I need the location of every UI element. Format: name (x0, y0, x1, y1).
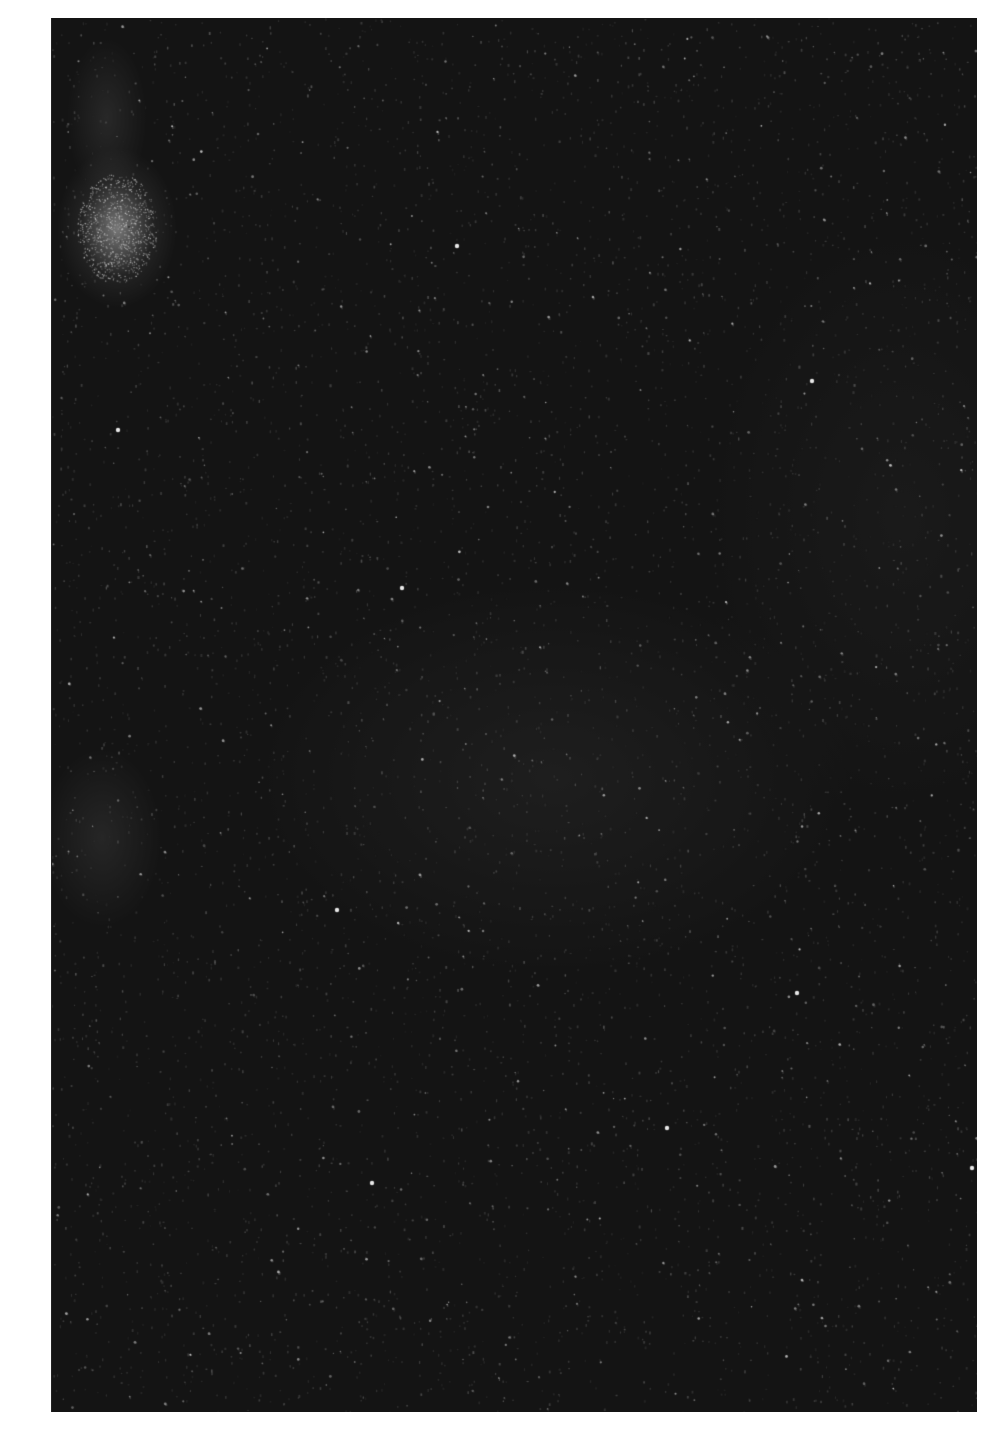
star-field-canvas (52, 18, 977, 1412)
star-field-photograph (51, 18, 977, 1412)
